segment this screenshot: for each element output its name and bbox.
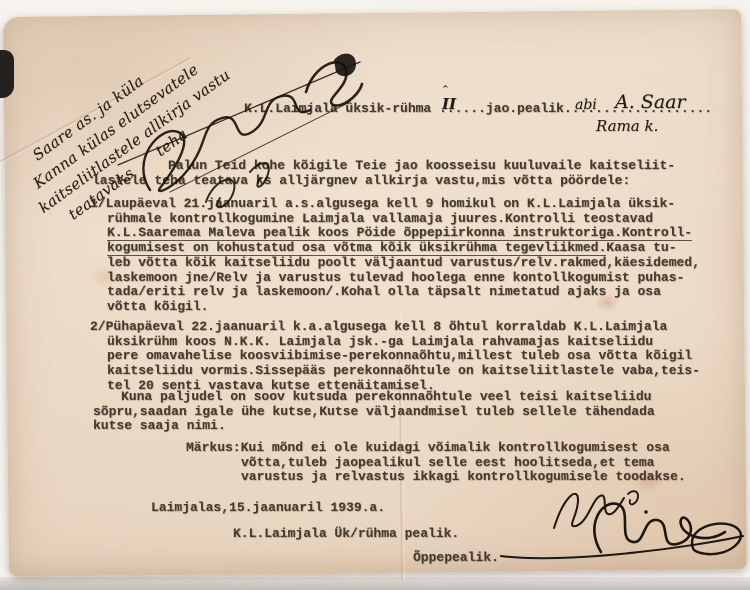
dateline: Laimjalas,15.jaanuaril 1939.a. [151,501,385,516]
text-line: kutse saaja nimi. [93,419,655,434]
scan-edge-mark [0,50,14,98]
note-label: Märkus: [186,440,241,455]
text-line: 2/Pühapäeval 22.jaanuaril k.a.algusega k… [90,320,700,335]
header-handwritten-location: Rama k. [596,117,658,135]
text-line: võtta kõigil. [90,300,700,315]
scanner-edge-band [0,577,750,590]
item-2-paragraph: 2/Pühapäeval 22.jaanuaril k.a.algusega k… [90,320,700,394]
signature-scrawl-top [110,40,390,225]
text-span: Kaasa tu- [606,240,676,255]
text-line: laskemoon jne/Relv ja varustus tulevad h… [90,271,700,286]
text-line: Märkus:Kui mõnd ei ole kuidagi võimalik … [186,441,686,456]
signature-role-2: Õppepealik. [413,551,499,566]
text-line: kogumisest on kohustatud osa võtma kõik … [90,241,700,256]
underlined-text: K.L.Saaremaa Maleva pealik koos Pöide õp… [107,225,692,241]
underlined-text: kogumisest on kohustatud osa võtma kõik … [107,240,606,256]
header-handwritten-name: A. Saar [615,91,686,113]
signature-oppepealik [497,492,747,572]
header-handwritten-abi: abi [575,97,597,113]
item-2b-paragraph: Kuna paljudel on soov kutsuda perekonnaõ… [93,390,655,434]
header-handwritten-number: II [442,95,456,113]
text-span: Kui mõnd ei ole kuidagi võimalik kontrol… [241,440,670,455]
text-line: leb võtta kõik kaitseliidu poolt väljaan… [90,256,700,271]
text-line: pere omavahelise koosviibimise-perekonna… [90,349,700,364]
scanned-document: Saare as. ja küla Kanna külas elutsevate… [0,0,750,590]
text-line: Kuna paljudel on soov kutsuda perekonnaõ… [93,390,655,405]
text-line: üksikrühm koos N.K.K. Laimjala jsk.-ga L… [90,335,700,350]
text-line: K.L.Saaremaa Maleva pealik koos Pöide õp… [90,226,700,241]
text-line: sõpru,saadan igale ühe kutse,Kutse välja… [93,405,655,420]
note-paragraph: Märkus:Kui mõnd ei ole kuidagi võimalik … [186,441,686,485]
text-line: võtta,tuleb jaopealikul selle eest hooli… [186,456,686,471]
text-line: kaitseliidu vormis.Sissepääs perekonnaõh… [90,364,700,379]
text-line: tada/eriti relv ja laskemoon/.Kohal olla… [90,285,700,300]
signature-role: K.L.Laimjala Ük/rühma pealik. [233,527,459,542]
